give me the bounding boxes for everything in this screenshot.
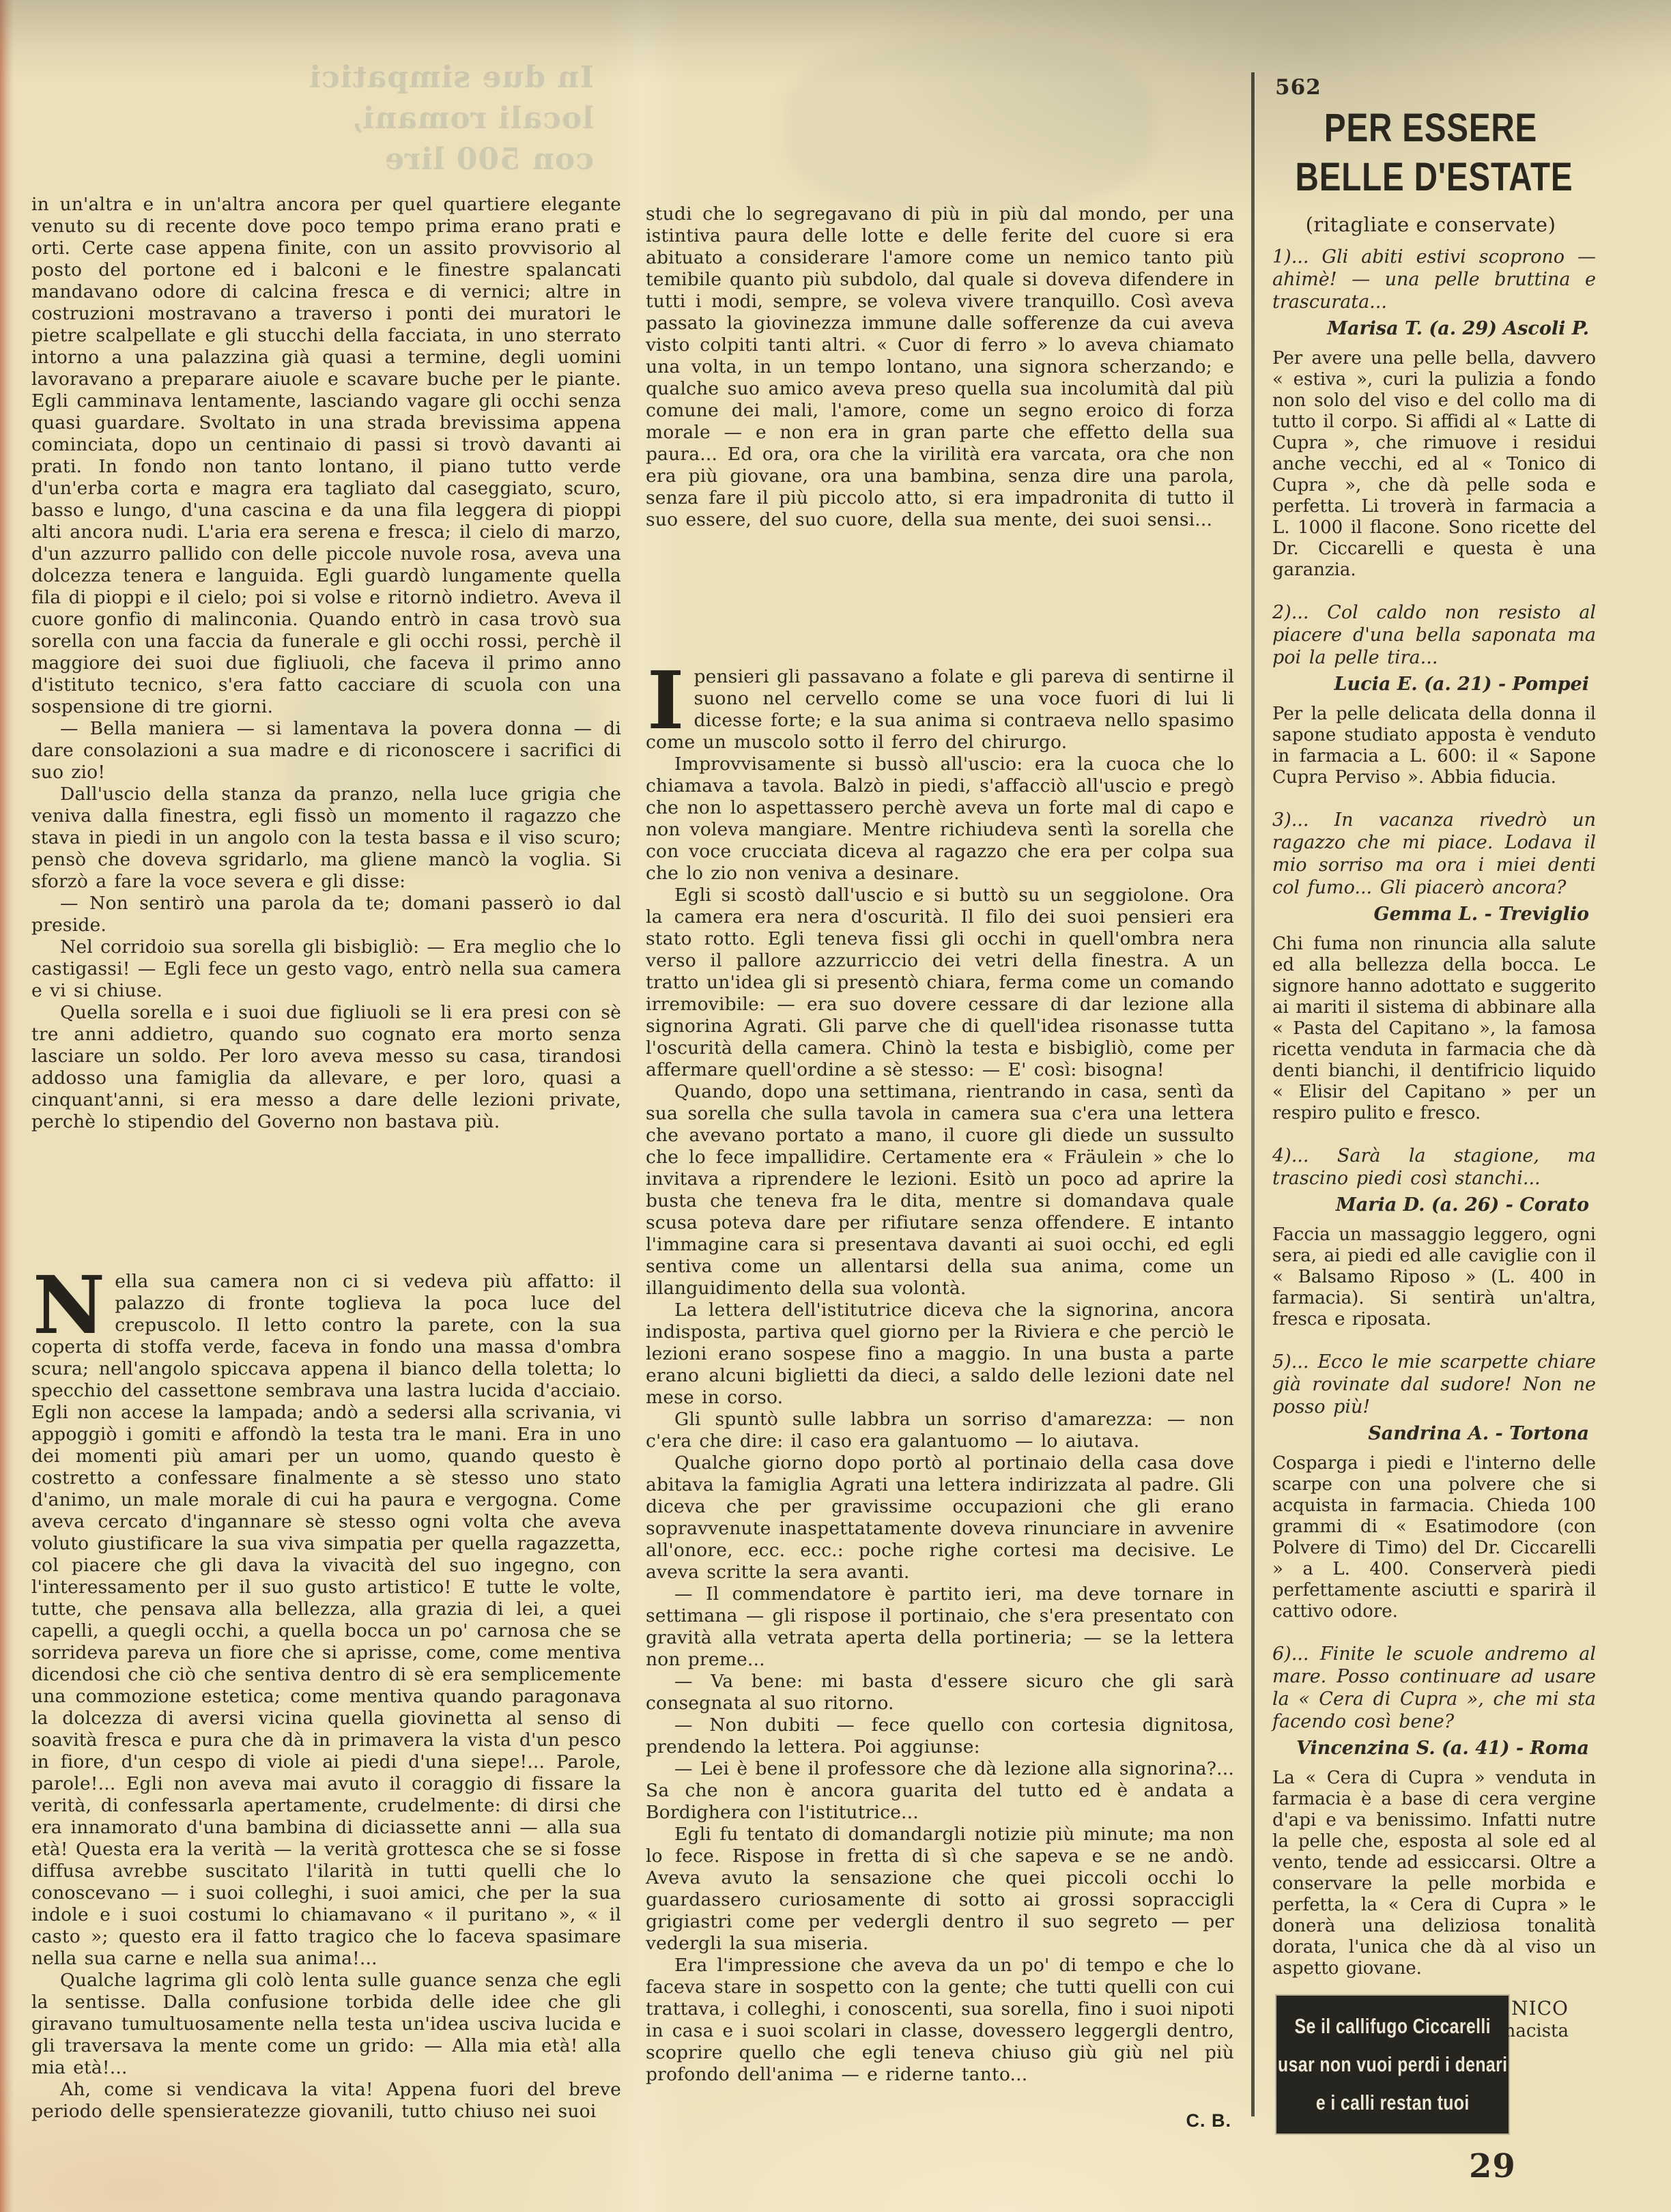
story-column-middle-block1: studi che lo segregavano di più in più d… xyxy=(646,203,1234,531)
story-paragraph: Nel corridoio sua sorella gli bisbigliò:… xyxy=(31,936,621,1002)
story-paragraph: ella sua camera non ci si vedeva più aff… xyxy=(31,1271,621,1970)
reader-signature: Marisa T. (a. 29) Ascoli P. xyxy=(1272,317,1596,340)
story-paragraph: Quella sorella e i suoi due figliuoli se… xyxy=(31,1002,621,1133)
ghost-bleed-text: In due simpatici locali romani, con 500 … xyxy=(61,57,594,180)
story-paragraph: — Il commendatore è partito ieri, ma dev… xyxy=(646,1583,1234,1671)
story-paragraph: Improvvisamente si bussò all'uscio: era … xyxy=(646,753,1234,885)
story-paragraph: — Bella maniera — si lamentava la povera… xyxy=(31,718,621,784)
story-column-middle-block2: I pensieri gli passavano a folate e gli … xyxy=(646,666,1234,2086)
ad-line: e i calli restan tuoi xyxy=(1278,2084,1507,2122)
story-column-left-block2: N ella sua camera non ci si vedeva più a… xyxy=(31,1271,621,2123)
drop-cap-n: N xyxy=(31,1271,115,1336)
story-paragraph: — Non sentirò una parola da te; domani p… xyxy=(31,893,621,936)
story-paragraph: — Non dubiti — fece quello con cortesia … xyxy=(646,1714,1234,1758)
beauty-qa-item: 1)... Gli abiti estivi scoprono — ahimè!… xyxy=(1272,246,1596,581)
reader-signature: Vincenzina S. (a. 41) - Roma xyxy=(1272,1737,1596,1759)
beauty-qa-item: 4)... Sarà la stagione, ma trascino pied… xyxy=(1272,1145,1596,1330)
reader-question: 3)... In vacanza rivedrò un ragazzo che … xyxy=(1272,809,1596,899)
paper-smudge xyxy=(785,41,1154,212)
story-paragraph: Ah, come si vendicava la vita! Appena fu… xyxy=(31,2079,621,2123)
story-paragraph: La lettera dell'istitutrice diceva che l… xyxy=(646,1299,1234,1409)
ad-line: Se il callifugo Ciccarelli xyxy=(1278,2007,1507,2045)
expert-answer: Faccia un massaggio leggero, ogni sera, … xyxy=(1272,1224,1596,1330)
beauty-column-subtitle: (ritagliate e conservate) xyxy=(1266,213,1596,236)
story-paragraph: Quando, dopo una settimana, rientrando i… xyxy=(646,1081,1234,1299)
reader-question: 2)... Col caldo non resisto al piacere d… xyxy=(1272,601,1596,669)
story-paragraph: Gli spuntò sulle labbra un sorriso d'ama… xyxy=(646,1409,1234,1452)
beauty-qa-item: 3)... In vacanza rivedrò un ragazzo che … xyxy=(1272,809,1596,1124)
story-paragraph: Dall'uscio della stanza da pranzo, nella… xyxy=(31,784,621,893)
expert-answer: Chi fuma non rinuncia alla salute ed all… xyxy=(1272,934,1596,1124)
story-paragraph: Qualche lagrima gli colò lenta sulle gua… xyxy=(31,1970,621,2079)
reader-signature: Lucia E. (a. 21) - Pompei xyxy=(1272,673,1596,695)
reader-question: 6)... Finite le scuole andremo al mare. … xyxy=(1272,1643,1596,1733)
reader-question: 1)... Gli abiti estivi scoprono — ahimè!… xyxy=(1272,246,1596,313)
story-paragraph: Egli fu tentato di domandargli notizie p… xyxy=(646,1824,1234,1955)
story-paragraph: pensieri gli passavano a folate e gli pa… xyxy=(646,666,1234,753)
column-divider-rule xyxy=(1251,72,1255,2116)
ghost-line: locali romani, xyxy=(61,98,594,139)
page-number: 29 xyxy=(1469,2147,1516,2185)
ad-line: usar non vuoi perdi i denari xyxy=(1278,2045,1507,2084)
reader-signature: Sandrina A. - Tortona xyxy=(1272,1422,1596,1445)
story-paragraph: studi che lo segregavano di più in più d… xyxy=(646,203,1234,531)
title-line: BELLE D'ESTATE xyxy=(1296,153,1567,202)
expert-answer: Per la pelle delicata della donna il sap… xyxy=(1272,704,1596,788)
reference-number: 562 xyxy=(1275,75,1322,100)
magazine-page: In due simpatici locali romani, con 500 … xyxy=(0,0,1671,2212)
expert-answer: Per avere una pelle bella, davvero « est… xyxy=(1272,348,1596,581)
expert-answer: Cosparga i piedi e l'interno delle scarp… xyxy=(1272,1453,1596,1622)
title-line: PER ESSERE xyxy=(1296,104,1567,153)
callifugo-ad-box: Se il callifugo Ciccarelli usar non vuoi… xyxy=(1276,1996,1509,2134)
story-paragraph: — Lei è bene il professore che dà lezion… xyxy=(646,1758,1234,1824)
ghost-line: con 500 lire xyxy=(61,139,594,180)
expert-answer: La « Cera di Cupra » venduta in farmacia… xyxy=(1272,1768,1596,1979)
reader-signature: Gemma L. - Treviglio xyxy=(1272,903,1596,925)
story-column-left-block1: in un'altra e in un'altra ancora per que… xyxy=(31,194,621,1133)
story-paragraph: Qualche giorno dopo portò al portinaio d… xyxy=(646,1452,1234,1583)
ad-slogan: Se il callifugo Ciccarelli usar non vuoi… xyxy=(1278,2007,1507,2122)
story-paragraph: Era l'impressione che aveva da un po' di… xyxy=(646,1955,1234,2086)
beauty-qa-item: 2)... Col caldo non resisto al piacere d… xyxy=(1272,601,1596,788)
story-paragraph: in un'altra e in un'altra ancora per que… xyxy=(31,194,621,718)
author-signature: C. B. xyxy=(646,2110,1231,2131)
reader-question: 5)... Ecco le mie scarpette chiare già r… xyxy=(1272,1351,1596,1418)
reader-signature: Maria D. (a. 26) - Corato xyxy=(1272,1194,1596,1216)
beauty-column-title: PER ESSERE BELLE D'ESTATE xyxy=(1296,104,1567,202)
drop-cap-i: I xyxy=(646,666,694,732)
story-paragraph: — Va bene: mi basta d'essere sicuro che … xyxy=(646,1671,1234,1714)
story-paragraph: Egli si scostò dall'uscio e si buttò su … xyxy=(646,885,1234,1081)
reader-question: 4)... Sarà la stagione, ma trascino pied… xyxy=(1272,1145,1596,1190)
beauty-qa-item: 5)... Ecco le mie scarpette chiare già r… xyxy=(1272,1351,1596,1622)
beauty-qa-list: 1)... Gli abiti estivi scoprono — ahimè!… xyxy=(1272,246,1596,2042)
ghost-line: In due simpatici xyxy=(61,57,594,98)
beauty-qa-item: 6)... Finite le scuole andremo al mare. … xyxy=(1272,1643,1596,1979)
